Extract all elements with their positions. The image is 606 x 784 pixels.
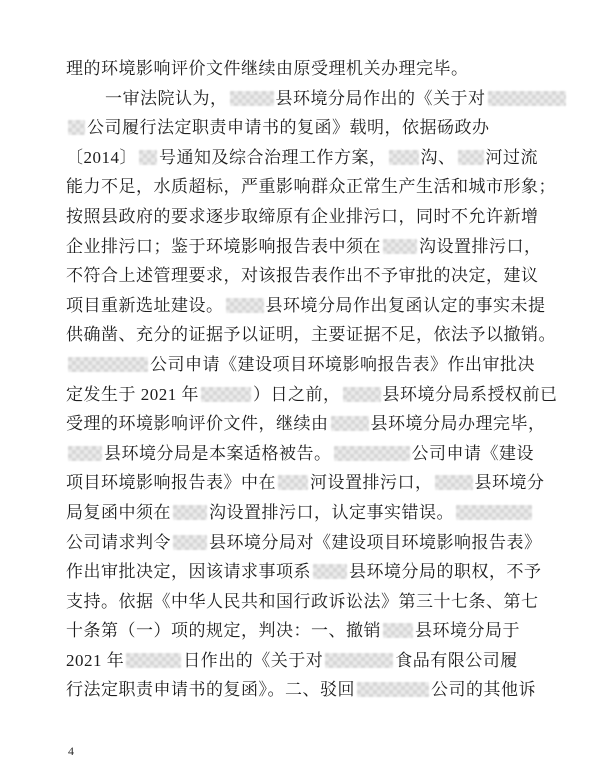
- redaction-block: [331, 416, 369, 431]
- text-segment: 理的环境影响评价文件继续由原受理机关办理完毕。: [66, 59, 469, 78]
- text-segment: 能力不足，水质超标，严重影响群众正常生产生活和城市形象；: [66, 177, 556, 196]
- redaction-block: [343, 387, 381, 402]
- text-segment: 河过流: [486, 148, 539, 167]
- redaction-block: [68, 357, 148, 372]
- judgment-text-line: 项目环境影响报告表》中在河设置排污口，县环境分: [66, 468, 552, 498]
- judgment-text-line: 局复函中须在沟设置排污口，认定事实错误。: [66, 498, 552, 528]
- redaction-block: [456, 505, 532, 520]
- text-segment: 公司请求判令: [66, 533, 171, 552]
- text-segment: 企业排污口；鉴于环境影响报告表中须在: [66, 237, 381, 256]
- judgment-text-line: 定发生于 2021 年）日之前，县环境分局系授权前已: [66, 380, 552, 410]
- judgment-text-line: 行法定职责申请书的复函》。二、驳回公司的其他诉: [66, 675, 552, 705]
- page-number: 4: [68, 744, 74, 759]
- text-segment: 河设置排污口，: [310, 473, 433, 492]
- text-segment: 支持。依据《中华人民共和国行政诉讼法》第三十七条、第七: [66, 592, 539, 611]
- text-segment: 一审法院认为，: [105, 89, 228, 108]
- text-segment: 县环境分局系授权前已: [383, 385, 558, 404]
- text-segment: 2021 年: [66, 651, 124, 670]
- text-segment: 作出审批决定，因该请求事项系: [66, 562, 311, 581]
- redaction-block: [488, 91, 566, 106]
- text-segment: 公司申请《建设项目环境影响报告表》作出审批决: [150, 355, 535, 374]
- redaction-block: [435, 475, 473, 490]
- text-segment: 供确凿、充分的证据予以证明，主要证据不足，依法予以撤销。: [66, 325, 556, 344]
- redaction-block: [334, 446, 410, 461]
- document-body: 理的环境影响评价文件继续由原受理机关办理完毕。一审法院认为，县环境分局作出的《关…: [66, 54, 552, 705]
- redaction-block: [383, 623, 413, 638]
- redaction-block: [357, 682, 429, 697]
- text-segment: ）日之前，: [253, 385, 341, 404]
- text-segment: 公司申请《建设: [412, 444, 535, 463]
- text-segment: 县环境分局办理完毕，: [371, 414, 546, 433]
- text-segment: 局复函中须在: [66, 503, 171, 522]
- text-segment: 县环境分局对《建设项目环境影响报告表》: [209, 533, 542, 552]
- text-segment: 项目环境影响报告表》中在: [66, 473, 276, 492]
- redaction-block: [226, 298, 264, 313]
- text-segment: 〔2014〕: [66, 148, 137, 167]
- judgment-text-line: 供确凿、充分的证据予以证明，主要证据不足，依法予以撤销。: [66, 320, 552, 350]
- text-segment: 公司履行法定职责申请书的复函》载明，依据砀政办: [87, 118, 490, 137]
- redaction-block: [313, 564, 347, 579]
- text-segment: 按照县政府的要求逐步取缔原有企业排污口，同时不允许新增: [66, 207, 539, 226]
- redaction-block: [278, 475, 308, 490]
- redaction-block: [201, 387, 251, 402]
- judgment-text-line: 项目重新选址建设。县环境分局作出复函认定的事实未提: [66, 291, 552, 321]
- text-segment: 行法定职责申请书的复函》。二、驳回: [66, 680, 355, 699]
- judgment-text-line: 十条第（一）项的规定，判决：一、撤销县环境分局于: [66, 616, 552, 646]
- document-page: 理的环境影响评价文件继续由原受理机关办理完毕。一审法院认为，县环境分局作出的《关…: [0, 0, 606, 784]
- text-segment: 受理的环境影响评价文件，继续由: [66, 414, 329, 433]
- redaction-block: [139, 150, 157, 165]
- text-segment: 公司的其他诉: [431, 680, 536, 699]
- judgment-text-line: 不符合上述管理要求，对该报告表作出不予审批的决定，建议: [66, 261, 552, 291]
- text-segment: 号通知及综合治理工作方案，: [159, 148, 387, 167]
- judgment-text-line: 企业排污口；鉴于环境影响报告表中须在沟设置排污口，: [66, 232, 552, 262]
- judgment-text-line: 〔2014〕号通知及综合治理工作方案，沟、河过流: [66, 143, 552, 173]
- redaction-block: [458, 150, 484, 165]
- text-segment: 县环境分局是本案适格被告。: [104, 444, 332, 463]
- judgment-text-line: 一审法院认为，县环境分局作出的《关于对: [66, 84, 552, 114]
- judgment-text-line: 理的环境影响评价文件继续由原受理机关办理完毕。: [66, 54, 552, 84]
- redaction-block: [325, 653, 393, 668]
- judgment-text-line: 公司履行法定职责申请书的复函》载明，依据砀政办: [66, 113, 552, 143]
- text-segment: 日作出的《关于对: [183, 651, 323, 670]
- judgment-text-line: 受理的环境影响评价文件，继续由县环境分局办理完毕，: [66, 409, 552, 439]
- text-segment: 县环境分: [475, 473, 545, 492]
- judgment-text-line: 支持。依据《中华人民共和国行政诉讼法》第三十七条、第七: [66, 587, 552, 617]
- scanned-judgment-page: { "page": { "kind": "scanned court judgm…: [0, 0, 606, 784]
- text-segment: 项目重新选址建设。: [66, 296, 224, 315]
- redaction-block: [68, 120, 85, 135]
- redaction-block: [68, 446, 102, 461]
- text-segment: 十条第（一）项的规定，判决：一、撤销: [66, 621, 381, 640]
- text-segment: 县环境分局作出复函认定的事实未提: [266, 296, 546, 315]
- redaction-block: [126, 653, 181, 668]
- text-segment: 不符合上述管理要求，对该报告表作出不予审批的决定，建议: [66, 266, 539, 285]
- text-segment: 定发生于 2021 年: [66, 385, 199, 404]
- redaction-block: [383, 239, 417, 254]
- text-segment: 县环境分局作出的《关于对: [276, 89, 486, 108]
- text-segment: 县环境分局于: [415, 621, 520, 640]
- judgment-text-line: 公司申请《建设项目环境影响报告表》作出审批决: [66, 350, 552, 380]
- judgment-text-line: 公司请求判令县环境分局对《建设项目环境影响报告表》: [66, 528, 552, 558]
- text-segment: 沟设置排污口，: [419, 237, 542, 256]
- text-segment: 县环境分局的职权，不予: [349, 562, 542, 581]
- redaction-block: [389, 150, 419, 165]
- judgment-text-line: 作出审批决定，因该请求事项系县环境分局的职权，不予: [66, 557, 552, 587]
- judgment-text-line: 2021 年日作出的《关于对食品有限公司履: [66, 646, 552, 676]
- text-segment: 沟、: [421, 148, 456, 167]
- redaction-block: [173, 505, 207, 520]
- judgment-text-line: 县环境分局是本案适格被告。公司申请《建设: [66, 439, 552, 469]
- redaction-block: [230, 91, 274, 106]
- judgment-text-line: 按照县政府的要求逐步取缔原有企业排污口，同时不允许新增: [66, 202, 552, 232]
- text-segment: 食品有限公司履: [395, 651, 518, 670]
- judgment-text-line: 能力不足，水质超标，严重影响群众正常生产生活和城市形象；: [66, 172, 552, 202]
- redaction-block: [173, 535, 207, 550]
- text-segment: 沟设置排污口，认定事实错误。: [209, 503, 454, 522]
